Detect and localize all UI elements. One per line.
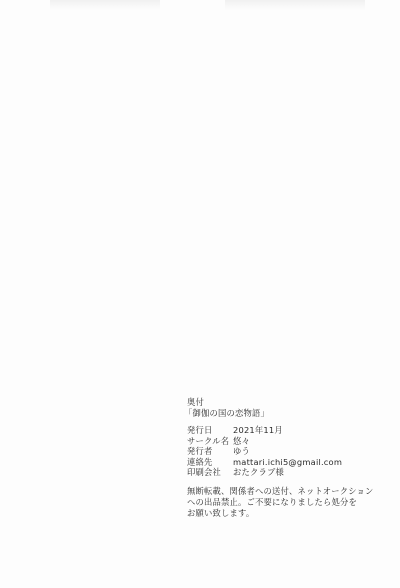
info-label: 発行者 [187,446,233,457]
info-value: おたクラブ様 [233,467,387,478]
notice-line: 無断転載、関係者への送付、ネットオークション [187,486,387,497]
bleed-through-mark [50,0,160,10]
notice-line: お願い致します。 [187,508,387,519]
colophon-heading: 奥付 [187,397,387,408]
info-row-publisher: 発行者 ゆう [187,446,387,457]
info-value: 悠々 [233,436,387,447]
info-row-contact: 連絡先 mattari.ichi5@gmail.com [187,457,387,468]
info-value: 2021年11月 [233,425,387,436]
colophon-page: 奥付 「御伽の国の恋物語」 発行日 2021年11月 サークル名 悠々 発行者 … [0,0,400,588]
info-row-printer: 印刷会社 おたクラブ様 [187,467,387,478]
contact-email: mattari.ichi5@gmail.com [233,457,387,468]
copyright-notice: 無断転載、関係者への送付、ネットオークション への出品禁止。ご不要になりましたら… [187,486,387,519]
bleed-through-mark [225,0,365,10]
info-label: サークル名 [187,436,233,447]
info-value: ゆう [233,446,387,457]
info-label: 連絡先 [187,457,233,468]
info-label: 印刷会社 [187,467,233,478]
info-row-circle-name: サークル名 悠々 [187,436,387,447]
info-row-publish-date: 発行日 2021年11月 [187,425,387,436]
colophon-block: 奥付 「御伽の国の恋物語」 発行日 2021年11月 サークル名 悠々 発行者 … [187,397,387,519]
book-title: 「御伽の国の恋物語」 [184,408,387,419]
info-label: 発行日 [187,425,233,436]
notice-line: への出品禁止。ご不要になりましたら処分を [187,497,387,508]
